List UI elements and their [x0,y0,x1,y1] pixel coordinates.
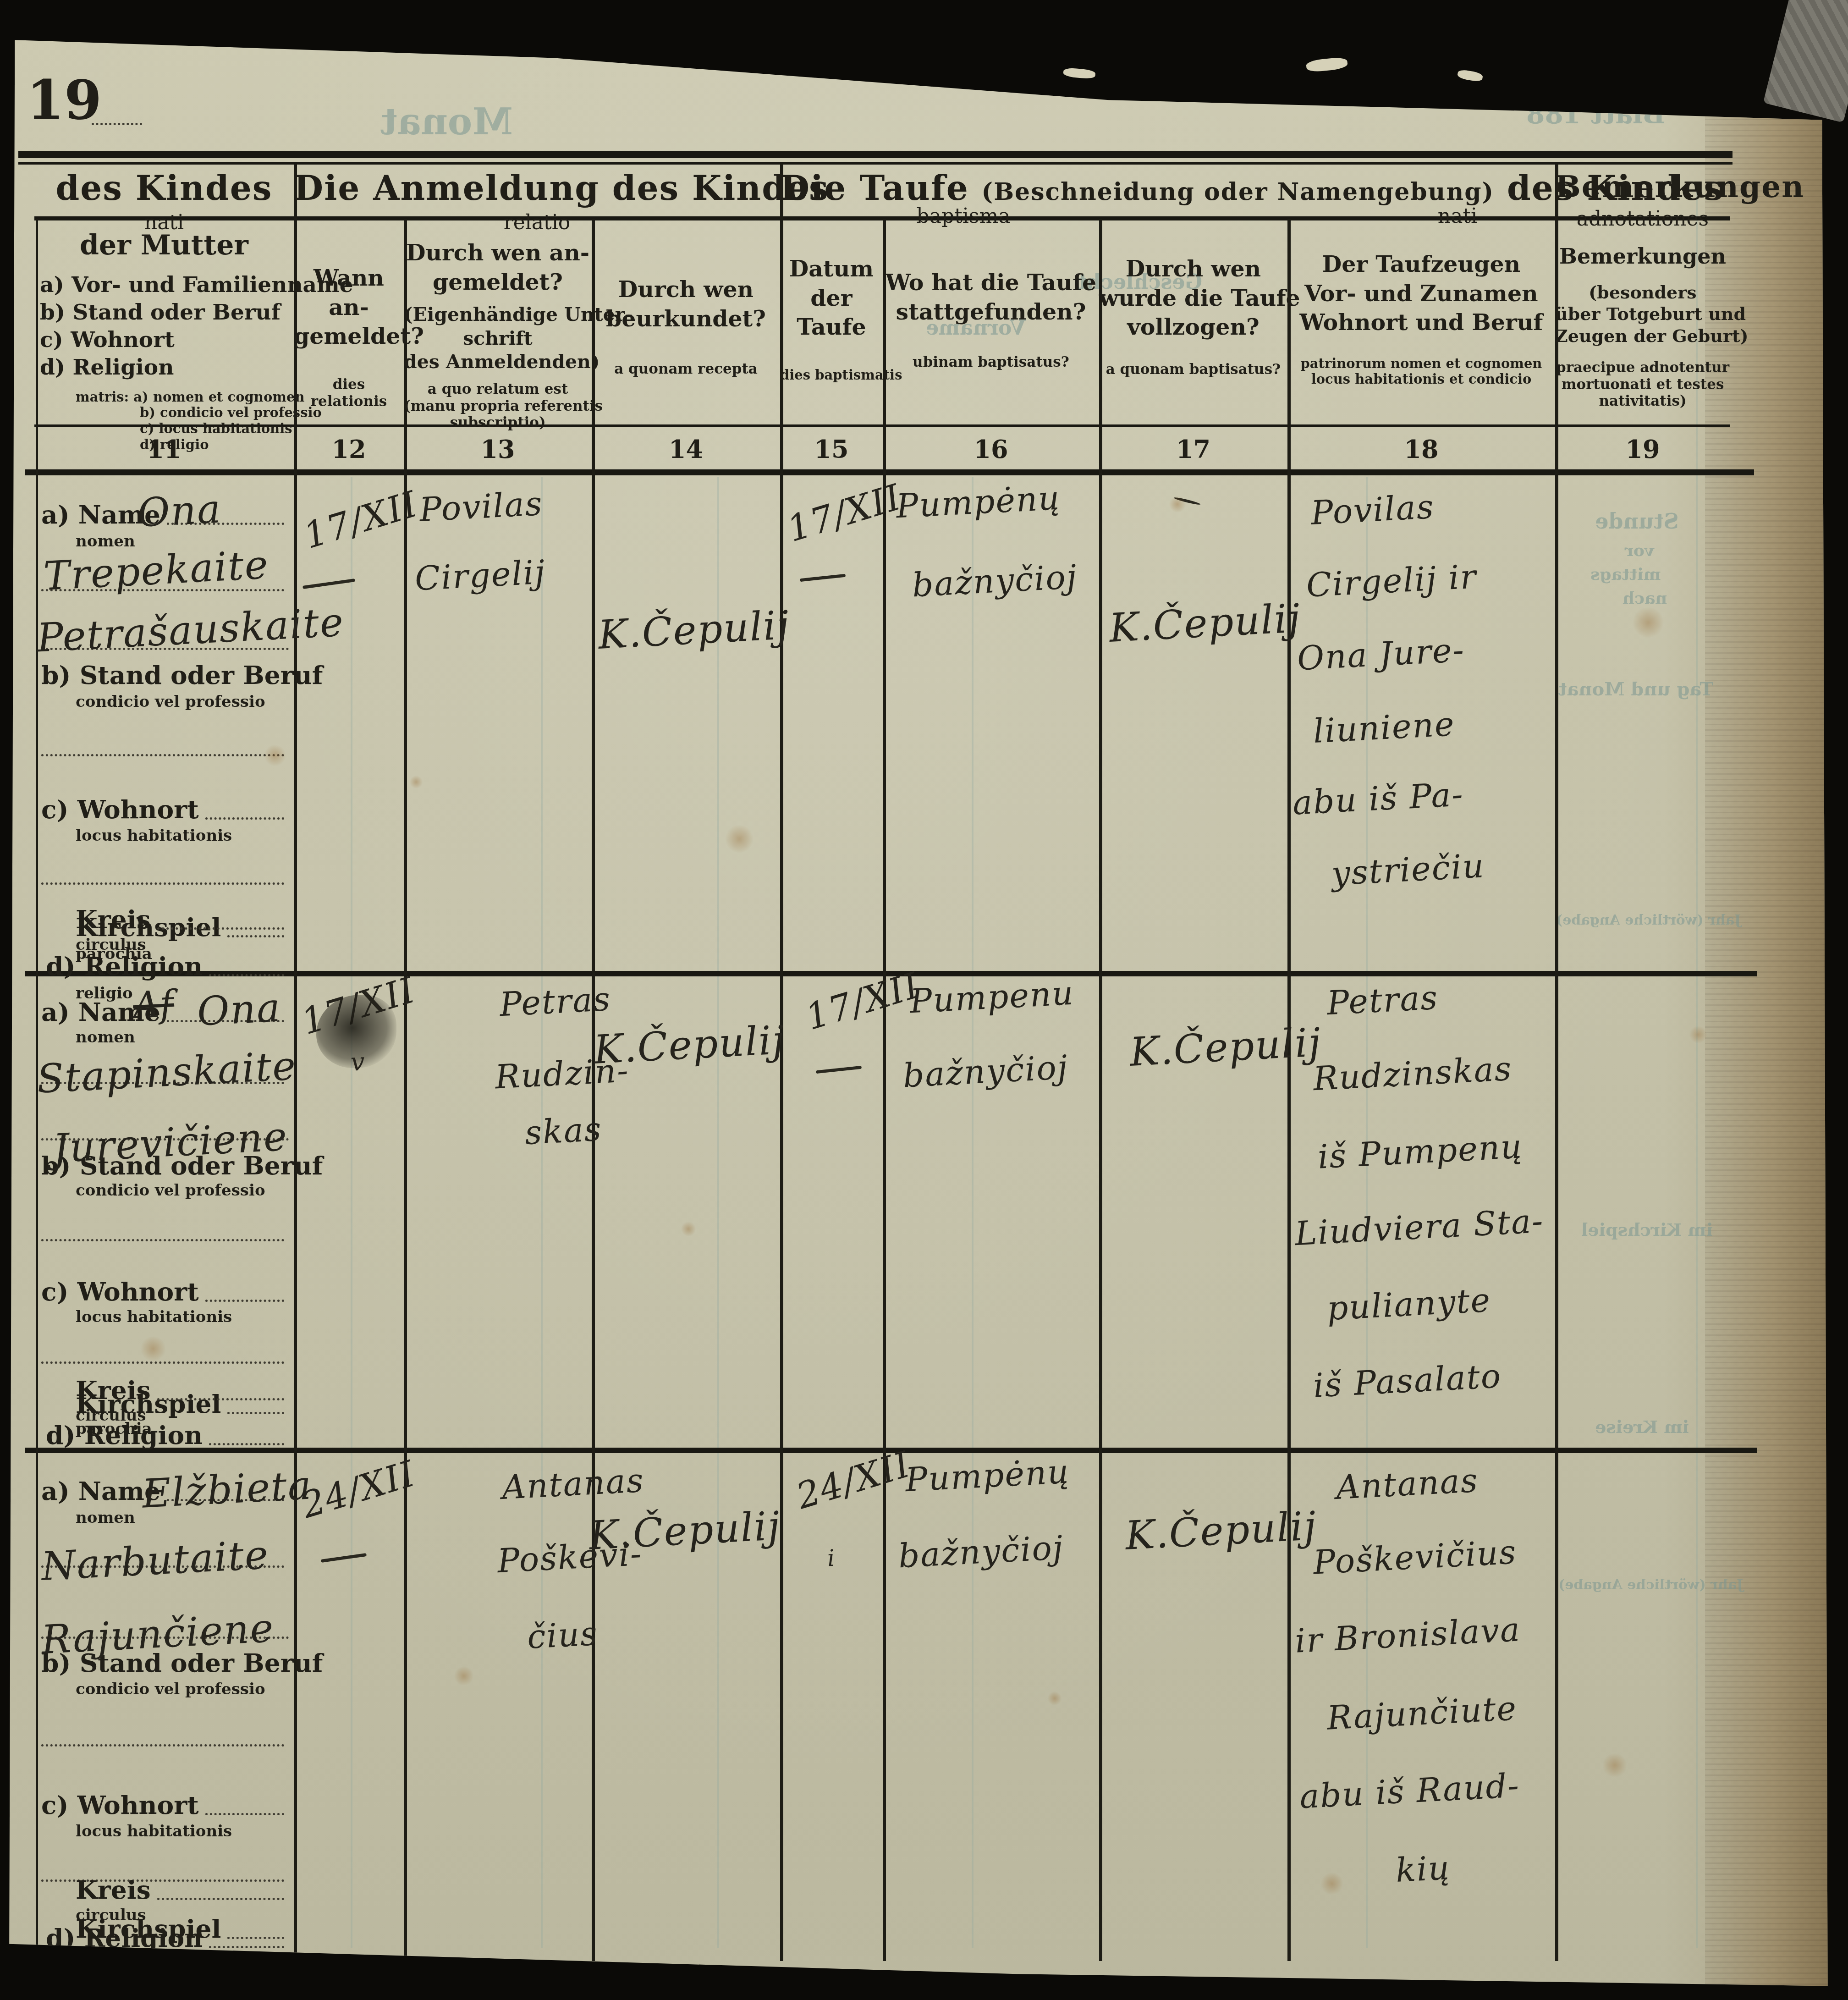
label-wohnort-text: c) Wohnort [41,1277,199,1306]
register-page-paper: 19 Monat Blatt 188 Stunde vor mittags na… [0,0,1848,2000]
stain [1320,1873,1344,1895]
colhead-de: beurkundet? [592,304,780,334]
stain [454,1666,474,1686]
colhead-latin: b) condicio vel professio [34,405,294,421]
colhead-19: Bemerkungen (besonders über Totgeburt un… [1555,243,1730,410]
entry-baptism-place: bažnyčioj [902,1048,1069,1095]
entry-godparents: kių [1395,1848,1451,1890]
entry-announced-by: Antanas [501,1461,645,1507]
write-line [41,882,284,885]
entry-crossed-out: Af [132,982,176,1027]
record-row-1: a) Name nomen b) Stand oder Beruf condic… [0,474,1848,972]
entry-godparents: Cirgelij ir [1305,557,1478,604]
stain [140,1336,166,1361]
colhead-de: Durch wen an- [404,238,592,268]
colhead-de: Datum [780,254,883,284]
label-parochia: parochia [76,1946,152,1964]
group-subtitle: adnotationes [1555,207,1730,231]
colhead-latin: nativitatis) [1555,393,1730,410]
entry-recorded-by: K.Čepulij [597,602,791,658]
colhead-13: Durch wen an- gemeldet? (Eigenhändige Un… [404,238,592,431]
colhead-de: wurde die Taufe [1099,284,1287,313]
label-condicio: condicio vel professio [76,1181,265,1200]
entry-godparents: ystriečiu [1331,846,1485,893]
column-number-18: 18 [1287,435,1555,464]
colhead-de: Durch wen [592,275,780,304]
column-number-15: 15 [780,435,883,464]
colhead-de: Der Taufzeugen [1287,250,1555,279]
colhead-de: Vor- und Zunamen [1287,279,1555,309]
entry-note: i [826,1545,836,1572]
entry-godparents: pulianyte [1326,1281,1492,1328]
pen-dash [816,1066,862,1074]
colhead-latin: mortuonati et testes [1555,376,1730,393]
colhead-item: b) Stand oder Beruf [34,299,294,326]
label-wohnort: c) Wohnort [41,1277,284,1306]
label-religio: religio [76,1954,133,1972]
colhead-mid: des Anmeldenden) [404,350,592,374]
stain [1689,1026,1707,1043]
colhead-latin: patrinorum nomen et cognomen [1287,356,1555,371]
column-number-14: 14 [592,435,780,464]
colhead-mid: (Eigenhändige Unter- [404,303,592,326]
page-number: 19 [27,68,102,132]
paper-fleck [1457,69,1484,82]
label-locus: locus habitationis [76,1308,232,1326]
scanned-register-page: 19 Monat Blatt 188 Stunde vor mittags na… [0,0,1848,2000]
colhead-mother: der Mutter [34,229,294,261]
entry-announced-by: čius [526,1614,599,1656]
label-kreis-text: Kreis [76,1375,151,1405]
colhead-latin: a quonam baptisatus? [1099,361,1287,378]
entry-mother-name: Ona [137,486,223,536]
entry-baptism-place: bažnyčioj [897,1528,1065,1576]
colhead-de: an- [294,293,404,322]
label-condicio: condicio vel professio [76,693,265,711]
group-subtitle: baptisma [780,204,1147,228]
entry-godparents: Liudviera Sta- [1294,1201,1545,1253]
pen-dash [321,1553,367,1563]
group-header-announcement: Die Anmeldung des Kindes relatio [294,169,780,234]
stain [681,1222,696,1236]
entry-announced-date: 24/XII [297,1453,420,1527]
colhead-latin: dies baptismatis [780,367,883,383]
write-line [41,1239,284,1241]
entry-godparents: Poškevičius [1312,1532,1518,1581]
colhead-de: Taufe [780,313,883,342]
colhead-item: d) Religion [34,354,294,381]
colhead-latin: praecipue adnotentur [1555,359,1730,376]
entry-godparents: iš Pasalato [1312,1356,1502,1405]
entry-godparents: abu iš Raud- [1298,1766,1520,1816]
label-condicio: condicio vel professio [76,1680,265,1698]
colhead-de: gemeldet? [294,322,404,351]
bleedthrough-text: Blatt 188 [1526,99,1665,130]
entry-godparents: Ona Jure- [1296,630,1466,678]
label-kreis: Kreis [76,1875,284,1905]
label-religion-text: d) Religion [46,1420,203,1450]
label-nomen: nomen [76,1509,135,1527]
write-line [41,1744,284,1747]
entry-godparents: ir Bronislava [1294,1610,1522,1660]
colhead-latin: dies [294,376,404,393]
label-nomen: nomen [76,532,135,551]
group-subtitle-nati: nati [1375,202,1540,228]
colhead-18: Der Taufzeugen Vor- und Zunamen Wohnort … [1287,250,1555,387]
entry-mother-name: Elžbieta [141,1462,313,1517]
entry-announced-by: Petras [499,980,612,1024]
entry-godparents: Rudzinskas [1312,1049,1513,1098]
colhead-11: der Mutter a) Vor- und Familienname b) S… [34,229,294,453]
entry-baptism-date: 17/XII [782,477,906,551]
group-subtitle-baptisma: baptisma [780,202,1147,228]
entry-godparents: Povilas [1310,487,1435,532]
group-title: Die Anmeldung des Kindes [294,169,780,208]
colhead-de: Bemerkungen [1555,243,1730,270]
colhead-mid: (besonders [1555,281,1730,303]
entry-godparents: iš Pumpenų [1317,1127,1523,1176]
stain [1602,1753,1628,1777]
stain [1632,607,1665,638]
colhead-17: Durch wen wurde die Taufe vollzogen? a q… [1099,254,1287,378]
label-stand-text: b) Stand oder Beruf [41,660,323,690]
colhead-de: der [780,284,883,313]
label-religion: d) Religion [46,1923,284,1953]
entry-baptized-by: K.Čepulij [1108,595,1302,651]
colhead-de: stattgefunden? [883,298,1099,327]
group-header-remarks: Bemerkungen adnotationes [1555,169,1730,231]
entry-baptism-place: Pumpenu [909,974,1075,1021]
label-religion: d) Religion [46,1420,284,1450]
group-title: Bemerkungen [1555,169,1730,204]
group-subtitle: relatio [294,211,780,234]
paper-fleck [1306,56,1348,72]
entry-recorded-by: K.Čepulij [588,1503,782,1559]
entry-announced-by: Cirgelij [414,553,547,598]
entry-godparents: Rajunčiute [1326,1689,1518,1737]
entry-announced-by: Povilas [418,484,544,529]
entry-mother-name: Ona [196,985,282,1035]
write-line [41,754,284,756]
colhead-latin: a quonam recepta [592,361,780,378]
colhead-latin: matris: a) nomen et cognomen [34,389,294,405]
colhead-de: vollzogen? [1099,313,1287,342]
entry-announced-date: 17/XII [299,484,423,557]
colhead-15: Datum der Taufe dies baptismatis [780,254,883,383]
entry-baptism-place: bažnyčioj [911,557,1078,605]
page-number-dots [92,123,142,125]
colhead-mid: Zeugen der Geburt) [1555,325,1730,347]
entry-godparents: Antanas [1335,1461,1479,1507]
label-kreis-text: Kreis [76,904,151,934]
colhead-de: Wo hat die Taufe [883,268,1099,298]
label-wohnort: c) Wohnort [41,794,284,824]
label-kreis: Kreis [76,1375,284,1405]
colhead-de: Durch wen [1099,254,1287,284]
column-number-12: 12 [294,435,404,464]
entry-announced-by: skas [524,1110,603,1152]
label-religion-text: d) Religion [46,1923,203,1953]
colhead-item: a) Vor- und Familienname [34,271,294,299]
bleedthrough-text: Monat [380,100,513,143]
label-kreis: Kreis [76,904,284,934]
entry-godparents: abu iš Pa- [1292,775,1464,822]
colhead-latin: ubinam baptisatus? [883,354,1099,371]
column-number-16: 16 [883,435,1099,464]
column-number-19: 19 [1555,435,1730,464]
label-kreis-text: Kreis [76,1875,151,1905]
entry-mother-name: Stapinskaite [36,1043,298,1102]
colhead-latin: a quo relatum est [404,381,592,398]
label-circulus: circulus [76,1906,146,1924]
label-locus: locus habitationis [76,1822,232,1840]
label-wohnort-text: c) Wohnort [41,1790,199,1820]
colhead-de: Wohnort und Beruf [1287,308,1555,337]
stain [1047,1691,1062,1705]
entry-baptism-place: Pumpėnų [895,479,1061,526]
label-locus: locus habitationis [76,826,232,845]
label-wohnort: c) Wohnort [41,1790,284,1820]
entry-baptism-date: 17/XII [801,965,924,1039]
entry-mother-name: Petrašauskaite [36,600,345,661]
column-number-11: 11 [34,435,294,464]
entry-godparents: liuniene [1312,705,1456,750]
stain [1169,496,1186,512]
column-number-17: 17 [1099,435,1287,464]
entry-note: v [350,1047,366,1077]
colhead-latin: locus habitationis et condicio [1287,371,1555,387]
colhead-mid: schrift [404,327,592,350]
colhead-mid: über Totgeburt und [1555,303,1730,325]
label-stand: b) Stand oder Beruf [41,660,284,690]
colhead-latin: subscriptio) [404,414,592,431]
entry-baptized-by: K.Čepulij [1129,1019,1323,1075]
entry-godparents: Petras [1326,978,1439,1023]
colhead-de: Wann [294,264,404,293]
entry-baptism-date: 24/XII [792,1444,915,1518]
colhead-12: Wann an- gemeldet? dies relationis [294,264,404,410]
paper-fleck [1063,67,1095,79]
entry-mother-name: Narbutaite [40,1532,270,1590]
table-top-rule-thin [18,162,1732,165]
write-line [41,1361,284,1364]
pen-dash [302,579,355,589]
colhead-14: Durch wen beurkundet? a quonam recepta [592,275,780,378]
table-top-rule [18,151,1732,158]
stain [409,776,423,788]
pen-dash [800,574,846,582]
colhead-item: c) Wohnort [34,326,294,354]
colhead-latin: (manu propria referentis [404,398,592,415]
group-header-child: des Kindes nati [34,169,294,234]
entry-baptized-by: K.Čepulij [1124,1503,1318,1559]
colhead-16: Wo hat die Taufe stattgefunden? ubinam b… [883,268,1099,371]
column-number-13: 13 [404,435,592,464]
entry-baptism-place: Pumpėnų [904,1452,1070,1499]
stain [724,825,754,853]
stain [264,745,286,766]
colhead-de: gemeldet? [404,268,592,297]
label-nomen: nomen [76,1028,135,1047]
entry-recorded-by: K.Čepulij [593,1017,786,1073]
label-wohnort-text: c) Wohnort [41,794,199,824]
group-title: des Kindes [34,169,294,208]
bookmark-ribbon [1763,0,1848,123]
group-subtitle: nati [1375,204,1540,228]
colhead-latin: relationis [294,393,404,410]
